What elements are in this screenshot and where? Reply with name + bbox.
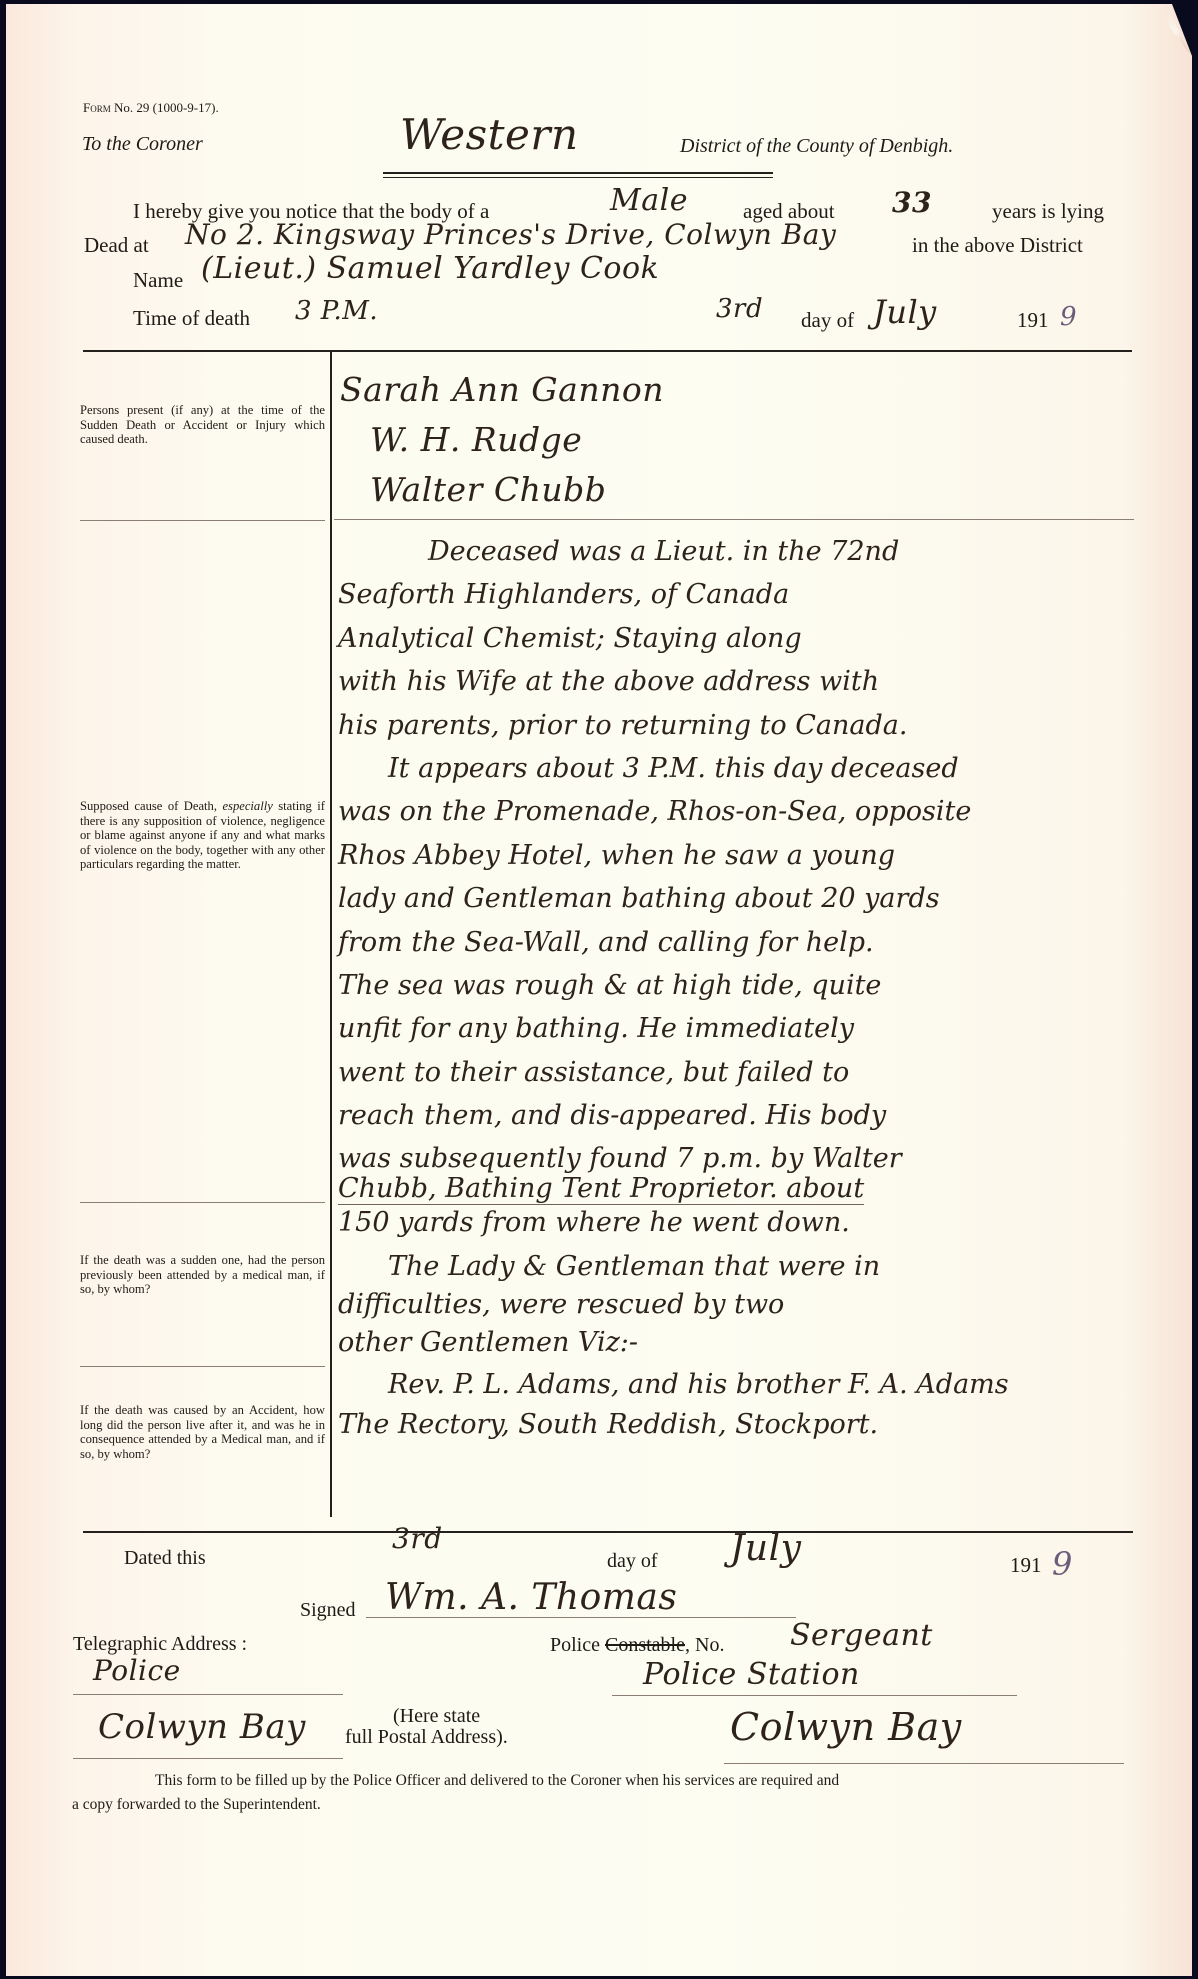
narrative-line: It appears about 3 P.M. this day decease… (338, 747, 1178, 790)
here-state-label: (Here state (393, 1705, 480, 1728)
telegraphic-address-label: Telegraphic Address : (73, 1633, 247, 1656)
district-name-field[interactable]: Western (400, 110, 579, 159)
postal-address-right-field[interactable]: Colwyn Bay (730, 1705, 962, 1749)
narrative-line: reach them, and dis-appeared. His body (338, 1094, 1178, 1137)
telegraphic-address-field[interactable]: Police (93, 1654, 181, 1687)
dead-at-label: Dead at (84, 233, 149, 258)
narrative-line: difficulties, were rescued by two (338, 1283, 1178, 1321)
entry-separator (334, 519, 1134, 520)
narrative-line: Rev. P. L. Adams, and his brother F. A. … (338, 1363, 1178, 1403)
age-field[interactable]: 33 (892, 186, 932, 219)
narrative-line: was subsequently found 7 p.m. by Walter (338, 1137, 1178, 1167)
addressee: To the Coroner (82, 133, 203, 156)
dated-label: Dated this (124, 1547, 206, 1570)
sex-field[interactable]: Male (610, 183, 688, 218)
label-separator (80, 520, 325, 521)
death-day-field[interactable]: 3rd (716, 294, 763, 324)
table-bottom-rule (83, 1531, 1133, 1533)
dated-year-field[interactable]: 9 (1052, 1545, 1073, 1583)
narrative-line: with his Wife at the above address with (338, 660, 1178, 703)
narrative-line: Analytical Chemist; Staying along (338, 617, 1178, 660)
witness-entry: Sarah Ann Gannon (340, 365, 664, 415)
narrative-line: The sea was rough & at high tide, quite (338, 964, 1178, 1007)
years-label: years is lying (992, 199, 1104, 224)
narrative-line: The Rectory, South Reddish, Stockport. (338, 1403, 1178, 1446)
county-text: District of the County of Denbigh. (680, 135, 953, 158)
dated-month-field[interactable]: July (730, 1528, 801, 1569)
narrative-line: The Lady & Gentleman that were in (338, 1245, 1178, 1283)
cause-of-death-field[interactable]: Deceased was a Lieut. in the 72nd Seafor… (338, 530, 1178, 1446)
accident-survival-label: If the death was caused by an Accident, … (80, 1403, 325, 1461)
death-year-printed: 191 (1017, 308, 1049, 333)
postal-address-left-field[interactable]: Colwyn Bay (98, 1707, 306, 1747)
footer-instruction-line-1: This form to be filled up by the Police … (155, 1772, 839, 1790)
postal-line-right (724, 1763, 1124, 1764)
signed-label: Signed (300, 1599, 356, 1622)
time-of-death-field[interactable]: 3 P.M. (295, 296, 378, 326)
station-field[interactable]: Police Station (643, 1657, 860, 1692)
narrative-line: went to their assistance, but failed to (338, 1051, 1178, 1094)
signature-line (366, 1617, 796, 1618)
dated-year-printed: 191 (1010, 1553, 1042, 1578)
day-of-label: day of (801, 308, 854, 333)
district-underline-2 (383, 177, 773, 178)
witness-entry: W. H. Rudge (370, 415, 664, 465)
narrative-line: his parents, prior to returning to Canad… (338, 704, 1178, 747)
narrative-line: other Gentlemen Viz:- (338, 1321, 1178, 1363)
table-column-divider (330, 352, 332, 1517)
cause-of-death-label: Supposed cause of Death, especially stat… (80, 799, 325, 872)
witnesses-field[interactable]: Sarah Ann Gannon W. H. Rudge Walter Chub… (340, 365, 664, 515)
persons-present-label: Persons present (if any) at the time of … (80, 403, 325, 447)
table-top-rule (83, 350, 1132, 352)
district-underline (383, 172, 773, 174)
narrative-line: 150 yards from where he went down. (338, 1201, 1178, 1244)
death-month-field[interactable]: July (873, 293, 937, 331)
narrative-line: lady and Gentleman bathing about 20 yard… (338, 877, 1178, 920)
above-district-label: in the above District (912, 233, 1083, 258)
day-of-label: day of (607, 1550, 658, 1573)
full-postal-label: full Postal Address). (345, 1726, 508, 1749)
postal-line-left (73, 1758, 343, 1759)
narrative-line: Rhos Abbey Hotel, when he saw a young (338, 834, 1178, 877)
narrative-line: Deceased was a Lieut. in the 72nd (338, 530, 1178, 573)
form-number: Form No. 29 (1000-9-17). (83, 100, 219, 116)
narrative-line: unfit for any bathing. He immediately (338, 1007, 1178, 1050)
station-line (612, 1695, 1017, 1696)
telegraphic-line (73, 1694, 343, 1695)
time-of-death-label: Time of death (133, 306, 250, 331)
label-separator (80, 1366, 325, 1367)
medical-attendance-label: If the death was a sudden one, had the p… (80, 1253, 325, 1297)
footer-instruction-line-2: a copy forwarded to the Superintendent. (72, 1796, 321, 1814)
narrative-line: Seaforth Highlanders, of Canada (338, 573, 1178, 616)
narrative-line: was on the Promenade, Rhos-on-Sea, oppos… (338, 790, 1178, 833)
address-field[interactable]: No 2. Kingsway Princes's Drive, Colwyn B… (185, 218, 836, 251)
dated-day-field[interactable]: 3rd (392, 1522, 443, 1555)
narrative-line: from the Sea-Wall, and calling for help. (338, 921, 1178, 964)
witness-entry: Walter Chubb (370, 465, 664, 515)
signature-field[interactable]: Wm. A. Thomas (385, 1577, 677, 1618)
rank-field[interactable]: Sergeant (790, 1618, 933, 1653)
death-year-field[interactable]: 9 (1060, 302, 1077, 332)
name-label: Name (133, 268, 183, 293)
name-field[interactable]: (Lieut.) Samuel Yardley Cook (201, 251, 659, 286)
label-separator (80, 1202, 325, 1203)
police-constable-label: Police Constable, No. (550, 1634, 724, 1657)
